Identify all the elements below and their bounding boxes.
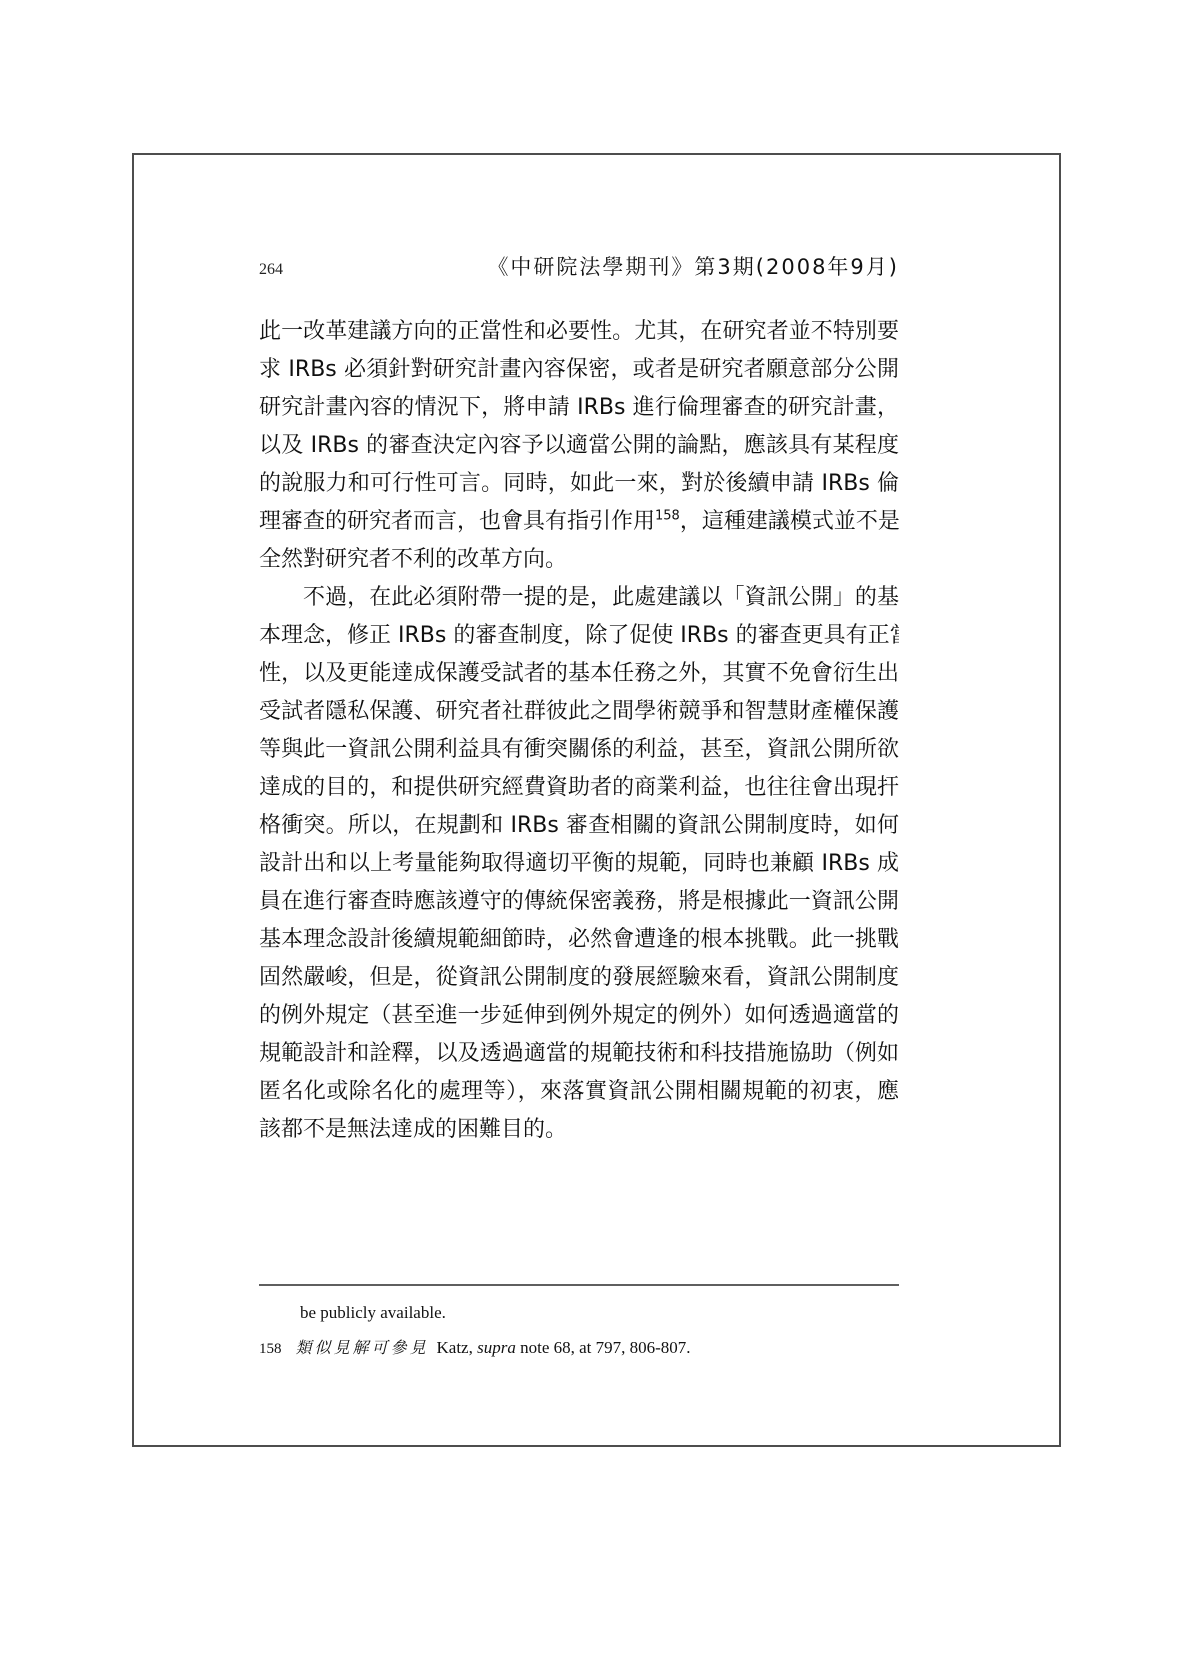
text-line: 規範設計和詮釋，以及透過適當的規範技術和科技措施協助（例如 [259,1035,899,1073]
text-line: 的例外規定（甚至進一步延伸到例外規定的例外）如何透過適當的 [259,997,899,1035]
text-line: 該都不是無法達成的困難目的。 [259,1111,899,1149]
text-line: 性，以及更能達成保護受試者的基本任務之外，其實不免會衍生出 [259,655,899,693]
text-line: 匿名化或除名化的處理等），來落實資訊公開相關規範的初衷，應 [259,1073,899,1111]
text-line: 達成的目的，和提供研究經費資助者的商業利益，也往往會出現扞 [259,769,899,807]
text-line: 基本理念設計後續規範細節時，必然會遭逢的根本挑戰。此一挑戰 [259,921,899,959]
text-line: 全然對研究者不利的改革方向。 [259,541,899,579]
text-line: 員在進行審查時應該遵守的傳統保密義務，將是根據此一資訊公開 [259,883,899,921]
text-line: 此一改革建議方向的正當性和必要性。尤其，在研究者並不特別要 [259,313,899,351]
footnote-chinese-text: 類似見解可參見 [296,1340,429,1357]
footnote-separator-rule [259,1284,899,1286]
text-line: 等與此一資訊公開利益具有衝突關係的利益，甚至，資訊公開所欲 [259,731,899,769]
footnote-number: 158 [259,1341,282,1357]
text-segment: ，這種建議模式並不是 [680,509,899,534]
footnote-citation-start: Katz, [437,1338,478,1357]
page-header: 264 《中研院法學期刊》第3期(2008年9月) [259,251,899,281]
text-line: 的說服力和可行性可言。同時，如此一來，對於後續申請 IRBs 倫 [259,465,899,503]
body-text: 此一改革建議方向的正當性和必要性。尤其，在研究者並不特別要 求 IRBs 必須針… [259,313,899,1149]
text-line: 以及 IRBs 的審查決定內容予以適當公開的論點，應該具有某程度 [259,427,899,465]
footnote-158: 158類似見解可參見Katz, supra note 68, at 797, 8… [259,1335,691,1358]
footnote-continuation: be publicly available. [300,1303,446,1323]
text-line: 研究計畫內容的情況下，將申請 IRBs 進行倫理審查的研究計畫， [259,389,899,427]
text-segment: 理審查的研究者而言，也會具有指引作用 [259,509,655,534]
page-number: 264 [259,261,283,279]
footnote-citation-end: note 68, at 797, 806-807. [516,1338,691,1357]
text-line: 求 IRBs 必須針對研究計畫內容保密，或者是研究者願意部分公開 [259,351,899,389]
footnote-citation-italic: supra [477,1338,516,1357]
text-line: 設計出和以上考量能夠取得適切平衡的規範，同時也兼顧 IRBs 成 [259,845,899,883]
document-page: 264 《中研院法學期刊》第3期(2008年9月) 此一改革建議方向的正當性和必… [132,153,1061,1447]
footnote-ref-158: 158 [655,509,680,524]
text-line: 本理念，修正 IRBs 的審查制度，除了促使 IRBs 的審查更具有正當 [259,617,899,655]
journal-title: 《中研院法學期刊》第3期(2008年9月) [487,251,899,281]
text-line-with-footnote-ref: 理審查的研究者而言，也會具有指引作用158，這種建議模式並不是 [259,503,899,541]
text-line: 不過，在此必須附帶一提的是，此處建議以「資訊公開」的基 [259,579,899,617]
text-line: 固然嚴峻，但是，從資訊公開制度的發展經驗來看，資訊公開制度 [259,959,899,997]
text-line: 格衝突。所以，在規劃和 IRBs 審查相關的資訊公開制度時，如何 [259,807,899,845]
text-line: 受試者隱私保護、研究者社群彼此之間學術競爭和智慧財產權保護 [259,693,899,731]
